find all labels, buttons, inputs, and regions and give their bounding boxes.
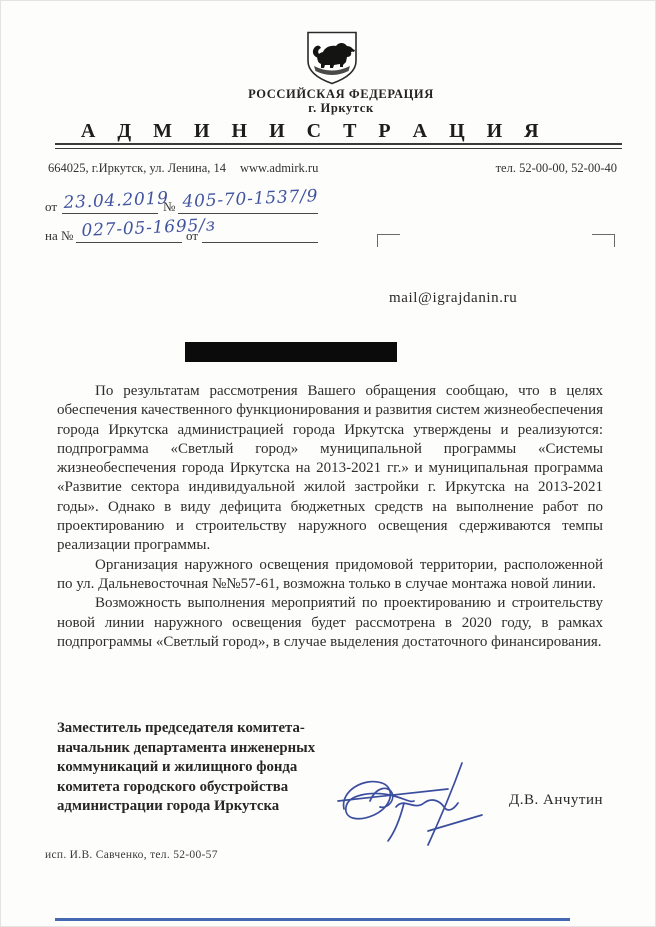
irkutsk-coat-of-arms-icon [303,31,361,86]
outgoing-date-underline [62,212,158,214]
incoming-reply-label: на № [45,228,73,244]
postal-address: 664025, г.Иркутск, ул. Ленина, 14 [48,161,226,175]
recipient-corner-mark-right [592,234,615,247]
contact-row: 664025, г.Иркутск, ул. Ленина, 14www.adm… [48,161,617,176]
outgoing-date-handwritten: 23.04.2019 [63,188,169,213]
outgoing-from-label: от [45,199,57,215]
scanned-letter-page: РОССИЙСКАЯ ФЕДЕРАЦИЯ г. Иркутск А Д М И … [0,0,656,927]
administration-title: А Д М И Н И С Т Р А Ц И Я [0,120,642,143]
redaction-box [185,342,397,362]
body-paragraph: Возможность выполнения мероприятий по пр… [57,594,603,652]
incoming-from-label: от [186,228,198,244]
incoming-date-underline [202,241,318,243]
header-double-rule [55,143,622,149]
signatory-name: Д.В. Анчутин [509,792,603,809]
website: www.admirk.ru [240,161,318,175]
executor-note: исп. И.В. Савченко, тел. 52-00-57 [45,849,218,861]
recipient-email: mail@igrajdanin.ru [389,290,517,307]
recipient-corner-mark-left [377,234,400,247]
signatory-line: начальник департамента инженерных [57,739,387,759]
contact-phones: тел. 52-00-00, 52-00-40 [496,161,617,176]
body-paragraph: Организация наружного освещения придомов… [57,556,603,595]
incoming-number-underline [76,241,182,243]
outgoing-number-handwritten: 405-70-1537/9 [182,186,319,212]
signatory-line: Заместитель председателя комитета- [57,719,387,739]
header-city: г. Иркутск [0,101,656,116]
header-country: РОССИЙСКАЯ ФЕДЕРАЦИЯ [0,87,656,102]
outgoing-number-label: № [163,199,175,215]
outgoing-number-underline [178,212,318,214]
letter-body: По результатам рассмотрения Вашего обращ… [57,382,603,652]
contact-address: 664025, г.Иркутск, ул. Ленина, 14www.adm… [48,161,332,176]
bottom-accent-line [55,918,570,921]
handwritten-signature-icon [330,757,510,857]
body-paragraph: По результатам рассмотрения Вашего обращ… [57,382,603,556]
